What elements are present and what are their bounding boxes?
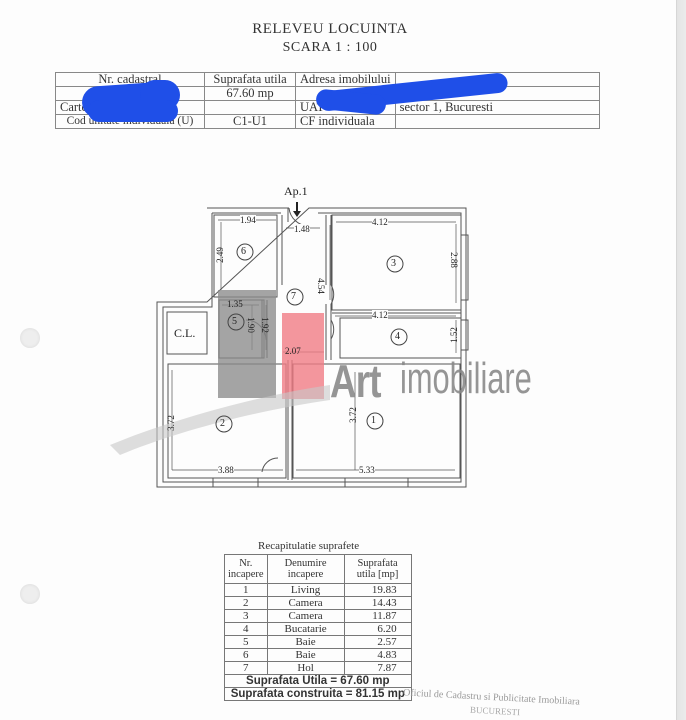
- closet-label: C.L.: [174, 326, 195, 341]
- dimension-label: 4.12: [372, 310, 388, 320]
- column-header: Nr. incapere: [225, 555, 268, 584]
- cell: Baie: [267, 649, 344, 662]
- cell: 6.20: [344, 623, 411, 636]
- room-number: 1: [371, 415, 376, 426]
- cell: Hol: [267, 662, 344, 675]
- cell: Camera: [267, 610, 344, 623]
- dimension-label: 1.48: [294, 224, 310, 234]
- recap-title: Recapitulatie suprafete: [258, 540, 359, 552]
- cell: Bucatarie: [267, 623, 344, 636]
- cell: 1: [225, 584, 268, 597]
- watermark-red-block: [282, 313, 324, 399]
- dimension-label: 1.35: [227, 299, 243, 309]
- table-row: 2Camera14.43: [225, 597, 412, 610]
- cell: 4: [225, 623, 268, 636]
- table-row: 7Hol7.87: [225, 662, 412, 675]
- cell: 3: [225, 610, 268, 623]
- cell: 4.83: [344, 649, 411, 662]
- table-row: 1Living19.83: [225, 584, 412, 597]
- cell: 2.57: [344, 636, 411, 649]
- room-number: 3: [391, 258, 396, 269]
- dimension-label: 2.07: [285, 346, 301, 356]
- room-number: 2: [220, 418, 225, 429]
- dimension-label: 1.92: [260, 317, 270, 333]
- dimension-label: 3.72: [348, 407, 358, 423]
- entrance-label: Ap.1: [284, 184, 308, 199]
- cell: 14.43: [344, 597, 411, 610]
- recap-table: Nr. incapere Denumire incapere Suprafata…: [224, 554, 412, 701]
- dimension-label: 3.72: [166, 415, 176, 431]
- table-row: 6Baie4.83: [225, 649, 412, 662]
- room-number: 5: [232, 316, 237, 327]
- cell: 19.83: [344, 584, 411, 597]
- cell: 11.87: [344, 610, 411, 623]
- cell: Living: [267, 584, 344, 597]
- room-number: 7: [291, 291, 296, 302]
- dimension-label: 1.90: [246, 317, 256, 333]
- table-row: 5Baie2.57: [225, 636, 412, 649]
- room-number: 4: [395, 331, 400, 342]
- table-header: Nr. incapere Denumire incapere Suprafata…: [225, 555, 412, 584]
- total-useful: Suprafata Utila = 67.60 mp: [225, 675, 412, 688]
- table-row: 4Bucatarie6.20: [225, 623, 412, 636]
- dimension-label: 1.52: [449, 327, 459, 343]
- dimension-label: 5.33: [359, 465, 375, 475]
- dimension-label: 1.94: [240, 215, 256, 225]
- cell: Camera: [267, 597, 344, 610]
- cell: 2: [225, 597, 268, 610]
- dimension-label: 2.49: [215, 247, 225, 263]
- dimension-label: 4.54: [316, 278, 326, 294]
- cell: 5: [225, 636, 268, 649]
- total-useful-row: Suprafata Utila = 67.60 mp: [225, 675, 412, 688]
- room-number: 6: [241, 246, 246, 257]
- column-header: Denumire incapere: [267, 555, 344, 584]
- total-built-row: Suprafata construita = 81.15 mp: [225, 688, 412, 701]
- total-built: Suprafata construita = 81.15 mp: [225, 688, 412, 701]
- table-row: 3Camera11.87: [225, 610, 412, 623]
- cell: 7: [225, 662, 268, 675]
- cell: 7.87: [344, 662, 411, 675]
- dimension-label: 4.12: [372, 217, 388, 227]
- cell: Baie: [267, 636, 344, 649]
- watermark-brand-bold: Art: [330, 354, 381, 408]
- dimension-label: 3.88: [218, 465, 234, 475]
- column-header: Suprafata utila [mp]: [344, 555, 411, 584]
- cell: 6: [225, 649, 268, 662]
- dimension-label: 2.88: [449, 252, 459, 268]
- watermark-brand-light: imobiliare: [400, 354, 532, 404]
